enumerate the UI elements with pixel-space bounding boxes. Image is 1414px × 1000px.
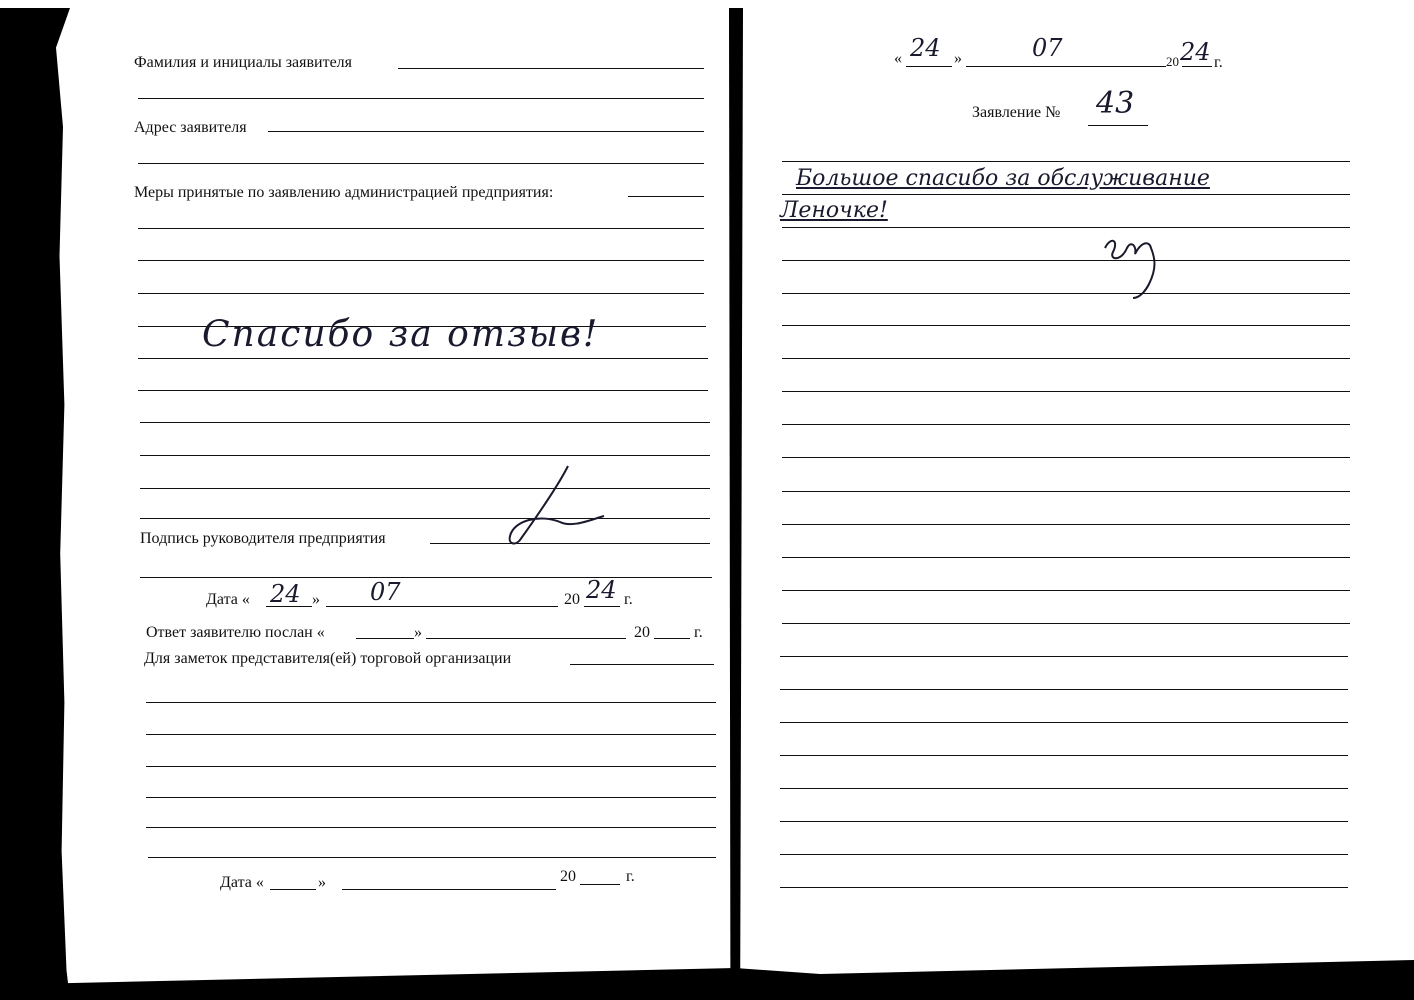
date-month-field[interactable]: [326, 606, 558, 607]
statement-line[interactable]: [780, 755, 1348, 756]
right-date-month-value: 07: [1032, 34, 1063, 62]
quote-close: »: [414, 624, 422, 642]
bottom-year-prefix: 20: [560, 868, 576, 886]
applicant-name-label: Фамилия и инициалы заявителя: [134, 54, 352, 72]
response-day-field[interactable]: [356, 638, 414, 639]
left-page: Фамилия и инициалы заявителя Адрес заяви…: [120, 0, 720, 960]
right-date-month-field[interactable]: [966, 66, 1166, 67]
response-sent-label: Ответ заявителю послан «: [146, 624, 325, 642]
statement-line[interactable]: [782, 623, 1350, 624]
right-year-suffix: г.: [1214, 54, 1223, 72]
statement-number-value: 43: [1096, 86, 1134, 121]
statement-line[interactable]: [780, 821, 1348, 822]
bottom-date-month-field[interactable]: [342, 889, 556, 890]
bottom-year-suffix: г.: [626, 868, 635, 886]
measures-line[interactable]: [138, 293, 704, 294]
right-date-year-field[interactable]: [1182, 66, 1212, 67]
statement-line[interactable]: [782, 491, 1350, 492]
right-date-day-field[interactable]: [906, 66, 952, 67]
applicant-address-field[interactable]: [268, 131, 704, 132]
measures-line[interactable]: [138, 390, 708, 391]
statement-line[interactable]: [782, 457, 1350, 458]
measures-line[interactable]: [140, 422, 710, 423]
notes-line[interactable]: [146, 797, 716, 798]
manager-signature-label: Подпись руководителя предприятия: [140, 530, 386, 548]
applicant-address-field-line2[interactable]: [138, 163, 704, 164]
applicant-address-label: Адрес заявителя: [134, 119, 247, 137]
right-date-year-value: 24: [1180, 38, 1211, 66]
measures-line[interactable]: [138, 260, 704, 261]
measures-line[interactable]: [140, 518, 710, 519]
statement-handwritten-line1: Большое спасибо за обслуживание: [796, 166, 1210, 191]
notes-line[interactable]: [146, 734, 716, 735]
statement-line[interactable]: [780, 656, 1348, 657]
quote-close: »: [954, 50, 962, 68]
statement-line[interactable]: [782, 358, 1350, 359]
manager-signature-line2[interactable]: [140, 577, 712, 578]
date-day-value: 24: [270, 580, 301, 608]
measures-field[interactable]: [628, 196, 704, 197]
bottom-date-day-field[interactable]: [270, 889, 316, 890]
date-year-field[interactable]: [584, 606, 620, 607]
right-date-year-prefix: 20: [1166, 54, 1179, 70]
statement-line[interactable]: [782, 557, 1350, 558]
scan-top-margin: [0, 0, 1414, 8]
right-page: « 24 » 07 20 24 г. Заявление № 43 Большо…: [770, 0, 1370, 960]
response-year-prefix: 20: [634, 624, 650, 642]
measures-label: Меры принятые по заявлению администрацие…: [134, 184, 553, 202]
statement-line[interactable]: [780, 788, 1348, 789]
notes-field[interactable]: [570, 664, 714, 665]
measures-line[interactable]: [138, 358, 708, 359]
measures-line[interactable]: [140, 488, 710, 489]
measures-line[interactable]: [140, 455, 710, 456]
statement-line[interactable]: [782, 161, 1350, 162]
notes-line[interactable]: [146, 702, 716, 703]
manager-signature-icon: [500, 462, 610, 548]
date-label: Дата «: [206, 591, 250, 609]
bottom-date-label: Дата «: [220, 874, 264, 892]
scan-left-border: [0, 8, 70, 1000]
notes-line[interactable]: [146, 827, 716, 828]
statement-line[interactable]: [782, 325, 1350, 326]
response-month-field[interactable]: [426, 638, 626, 639]
statement-number-field[interactable]: [1088, 125, 1148, 126]
measures-line[interactable]: [138, 228, 704, 229]
quote-close: »: [318, 874, 326, 892]
measures-handwritten-text: Спасибо за отзыв!: [202, 314, 599, 355]
response-year-field[interactable]: [654, 638, 690, 639]
statement-line[interactable]: [780, 887, 1348, 888]
statement-line[interactable]: [782, 260, 1350, 261]
quote-close: »: [312, 591, 320, 609]
response-year-suffix: г.: [694, 624, 703, 642]
statement-line[interactable]: [780, 722, 1348, 723]
statement-line[interactable]: [782, 524, 1350, 525]
statement-line[interactable]: [780, 854, 1348, 855]
bottom-year-field[interactable]: [580, 884, 620, 885]
statement-line[interactable]: [780, 689, 1348, 690]
notes-line[interactable]: [146, 766, 716, 767]
year-suffix: г.: [624, 591, 633, 609]
statement-line[interactable]: [782, 194, 1350, 195]
statement-line[interactable]: [782, 293, 1350, 294]
applicant-name-field-line2[interactable]: [138, 98, 704, 99]
date-month-value: 07: [370, 578, 401, 606]
notes-label: Для заметок представителя(ей) торговой о…: [144, 650, 511, 668]
statement-line[interactable]: [782, 227, 1350, 228]
statement-line[interactable]: [782, 590, 1350, 591]
date-year-prefix: 20: [564, 591, 580, 609]
quote-open: «: [894, 50, 902, 68]
right-date-day-value: 24: [910, 34, 941, 62]
statement-line[interactable]: [782, 424, 1350, 425]
statement-line[interactable]: [782, 391, 1350, 392]
applicant-name-field[interactable]: [398, 68, 704, 69]
statement-handwritten-line2: Леночке!: [780, 198, 888, 223]
statement-label: Заявление №: [972, 104, 1060, 122]
date-year-value: 24: [586, 576, 617, 604]
notes-line[interactable]: [148, 857, 716, 858]
